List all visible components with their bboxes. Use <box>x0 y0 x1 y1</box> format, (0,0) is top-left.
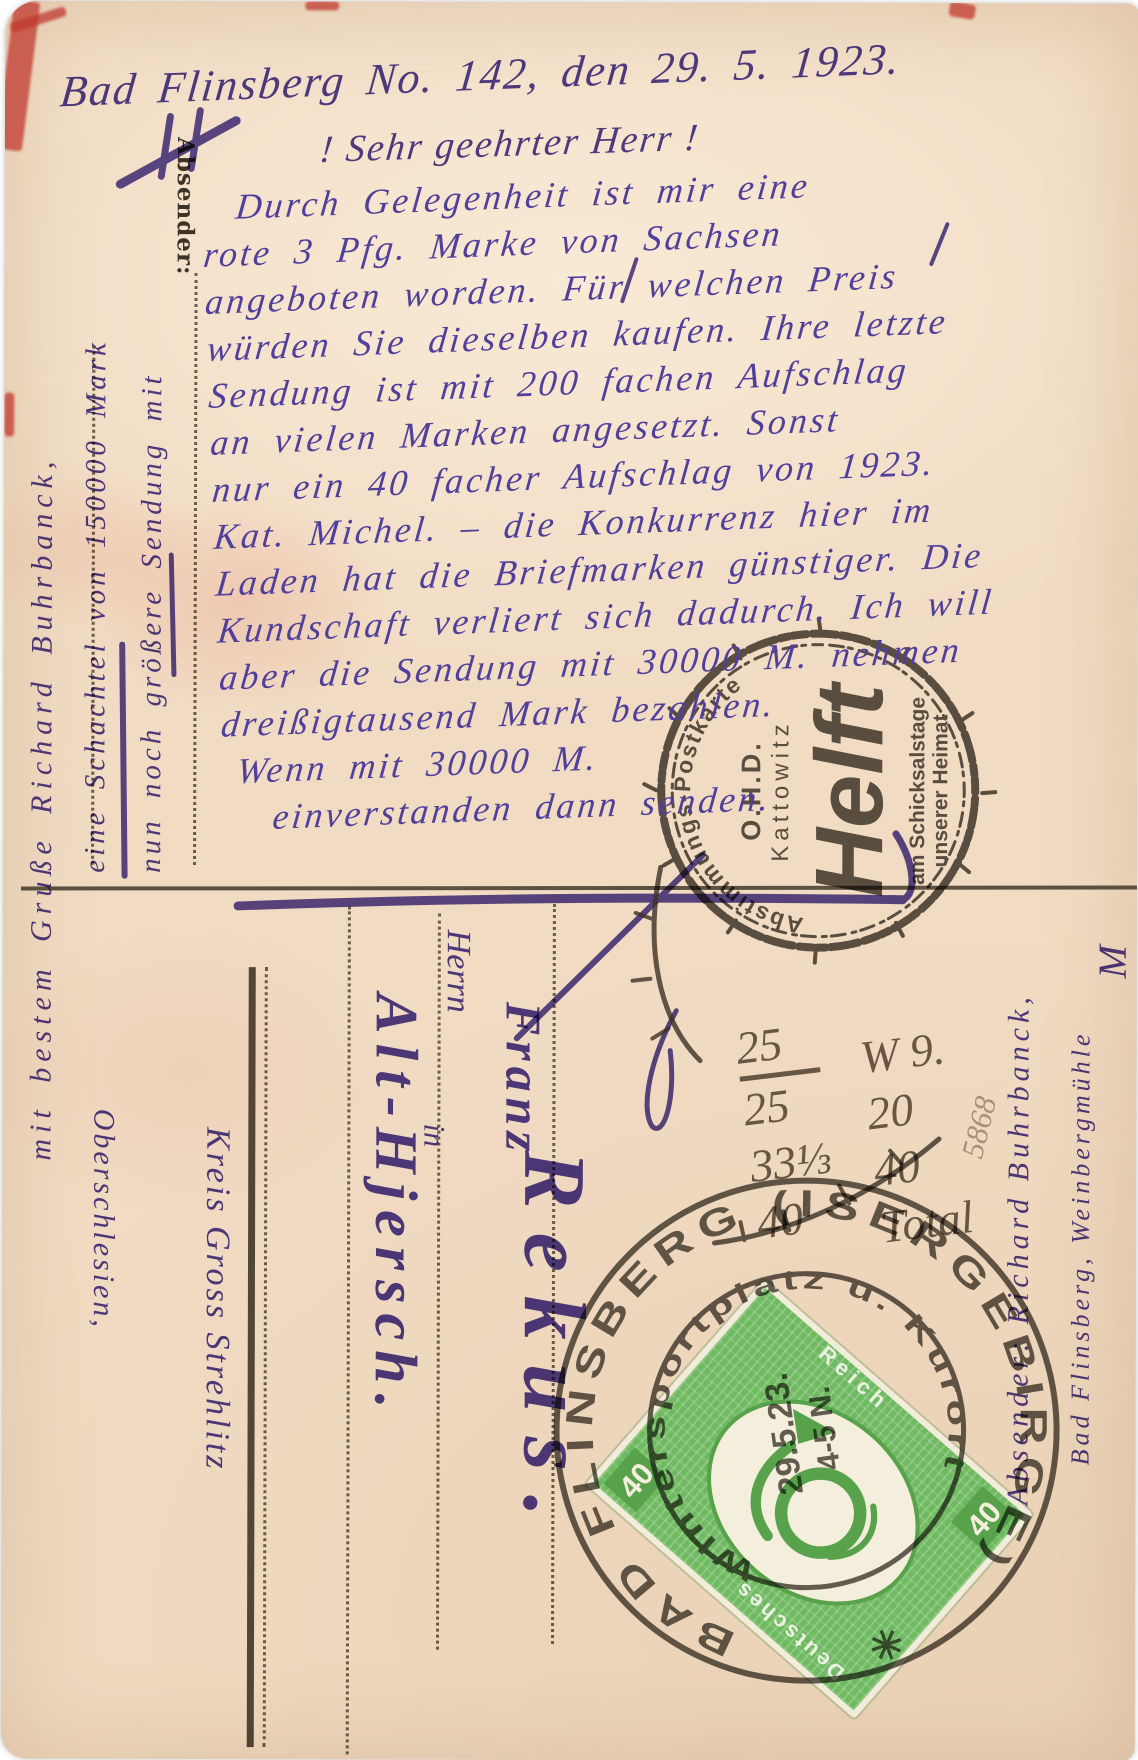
postmark-time: 4-5 N. <box>801 1384 847 1472</box>
handwritten-salutation: ! Sehr geehrter Herr ! <box>318 116 702 172</box>
margin-signature: mit bestem Gruße Richard Buhrbanck, <box>24 161 61 1161</box>
address-dotted-line-2 <box>346 906 351 1754</box>
margin-line-2: eine Schachtel von 150000 Mark <box>79 173 114 873</box>
pencil-note: 5868 <box>954 1093 1004 1162</box>
address-last-name: Rekus. <box>502 1150 604 1695</box>
address-rule-bar <box>247 967 256 1747</box>
handwritten-dateline: Bad Flinsberg No. 142, den 29. 5. 1923. <box>58 33 904 117</box>
address-place: Alt-Hjersch. <box>360 993 430 1493</box>
pencil-value: 25 <box>740 1072 827 1138</box>
sender-dotted-line <box>193 273 198 865</box>
margin-line-1: nun noch größere Sendung mit <box>135 193 170 873</box>
red-smudge <box>4 393 14 437</box>
address-region: Oberschlesien, <box>86 1109 121 1439</box>
address-district: Kreis Gross Strehlitz <box>197 1127 236 1567</box>
pencil-value: 25 <box>733 1011 820 1082</box>
postcard-scan: Absender: 25 25 33⅓ 40 W 9. 20 40 Total … <box>1 1 1138 1760</box>
printed-sender-label: Absender: <box>172 137 199 277</box>
pencil-value: W 9. <box>857 1018 956 1086</box>
sender-note-line1: Absender: Richard Buhrbanck, <box>1001 875 1037 1505</box>
sender-note-mark: M <box>1089 918 1136 978</box>
red-smudge <box>305 1 339 10</box>
address-dotted-line-1 <box>263 967 268 1747</box>
message-body: Durch Gelegenheit ist mir eine rote 3 Pf… <box>201 152 1138 845</box>
address-salutation: Herrn <box>438 930 476 1080</box>
red-smudge <box>948 1 976 20</box>
